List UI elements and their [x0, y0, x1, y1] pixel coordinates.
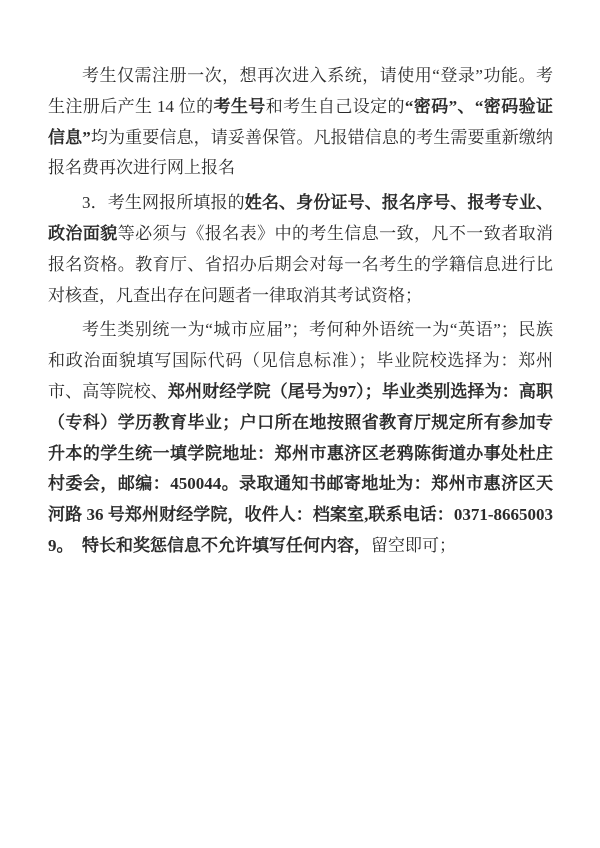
- text-run: 等必须与《报名表》中的考生信息一致，凡不一致者取消报名资格。教育厅、省招办后期会…: [48, 224, 553, 305]
- text-run-bold: 特长和奖惩信息不允许填写任何内容，: [82, 536, 371, 555]
- text-run: 均为重要信息，请妥善保管。凡报错信息的考生需要重新缴纳报名费再次进行网上报名: [48, 128, 553, 178]
- text-run-bold: 考生号: [214, 97, 266, 116]
- paragraph-filling-instructions: 考生类别统一为“城市应届”；考何种外语统一为“英语”；民族和政治面貌填写国际代码…: [48, 315, 553, 561]
- text-run-bold: 郑州财经学院（尾号为97）；毕业类别选择为：高职（专科）学历教育毕业；户口所在地…: [48, 382, 553, 555]
- document-page: 考生仅需注册一次，想再次进入系统，请使用“登录”功能。考生注册后产生 14 位的…: [0, 0, 600, 848]
- paragraph-item-3-info-consistency: 3．考生网报所填报的姓名、身份证号、报名序号、报考专业、政治面貌等必须与《报名表…: [48, 188, 553, 311]
- text-run: 3．考生网报所填报的: [82, 193, 245, 212]
- text-run: 留空即可；: [371, 536, 456, 555]
- text-run-spacer: [65, 536, 82, 555]
- paragraph-registration-note: 考生仅需注册一次，想再次进入系统，请使用“登录”功能。考生注册后产生 14 位的…: [48, 61, 553, 184]
- text-run: 和考生自己设定的: [266, 97, 405, 116]
